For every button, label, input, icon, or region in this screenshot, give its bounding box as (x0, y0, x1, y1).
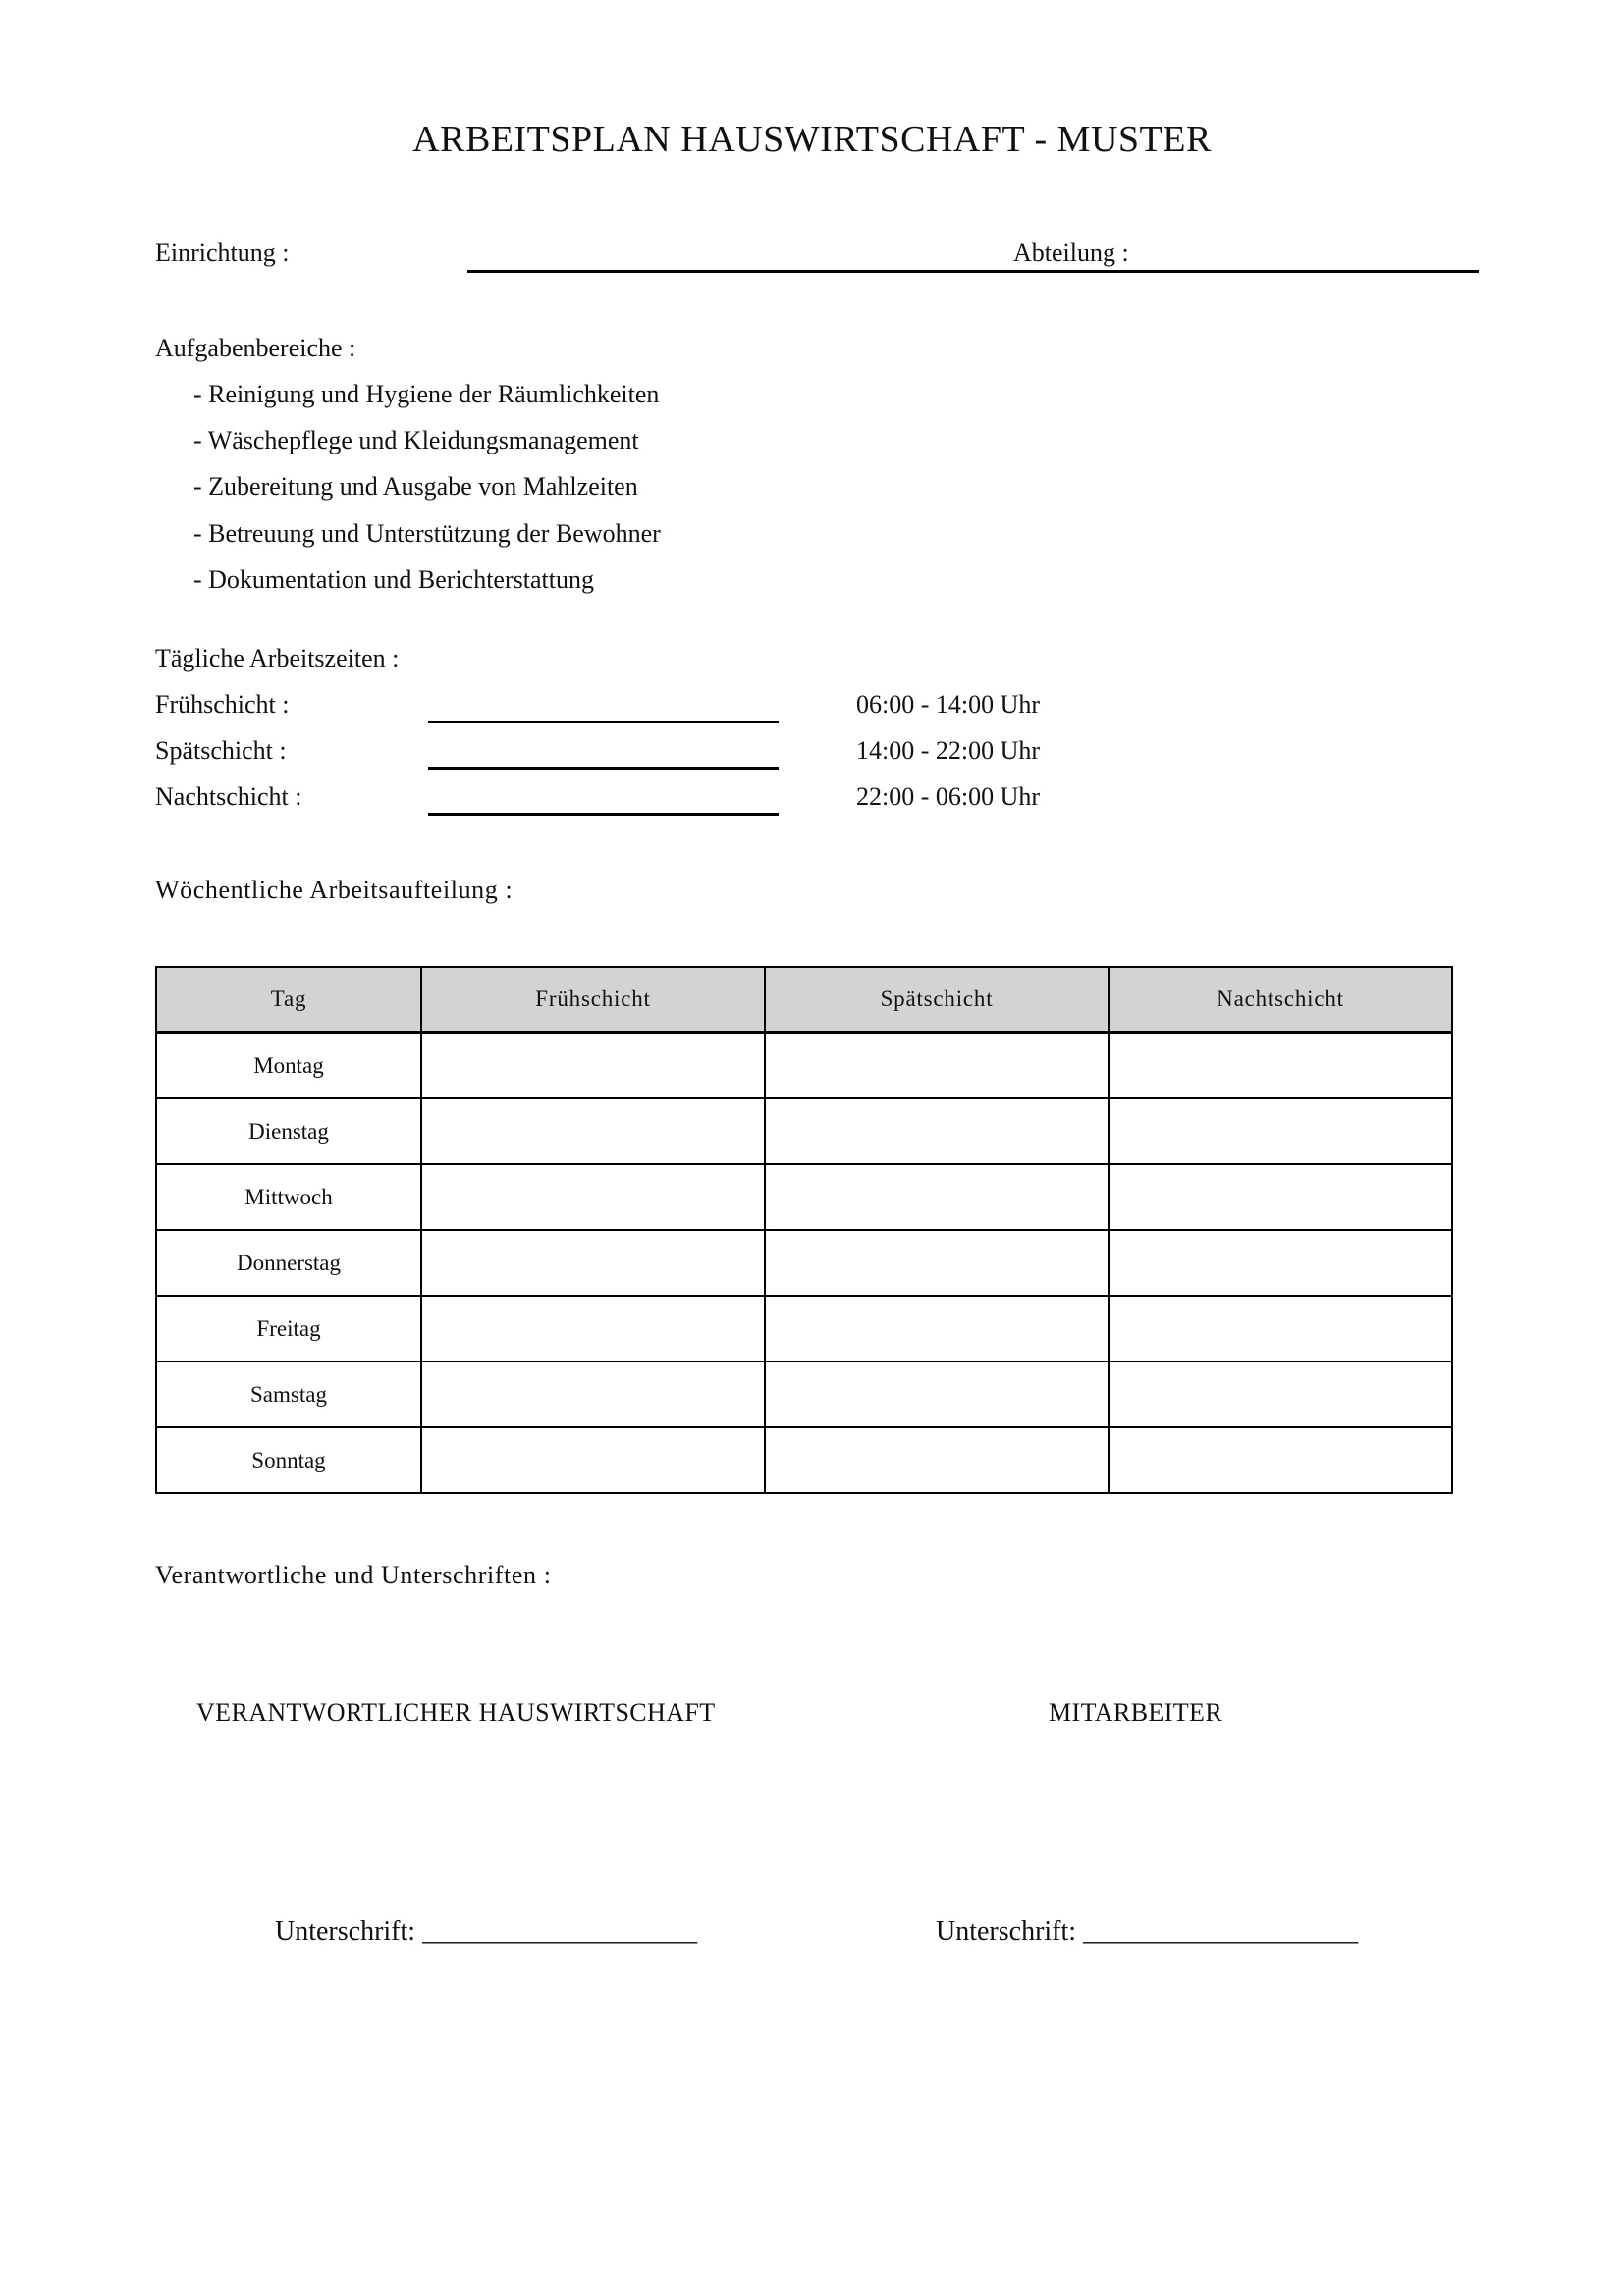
document-title: ARBEITSPLAN HAUSWIRTSCHAFT - MUSTER (0, 118, 1624, 161)
table-row: Mittwoch (156, 1164, 1452, 1230)
shift-time-early: 06:00 - 14:00 Uhr (856, 690, 1040, 720)
early-shift-cell[interactable] (421, 1427, 765, 1493)
day-cell: Dienstag (156, 1098, 421, 1164)
late-shift-cell[interactable] (765, 1164, 1109, 1230)
institution-label: Einrichtung : (155, 239, 289, 268)
shift-label-night: Nachtschicht : (155, 782, 301, 812)
late-shift-cell[interactable] (765, 1427, 1109, 1493)
task-item: - Dokumentation und Berichterstattung (193, 565, 594, 595)
shift-field-early[interactable] (428, 721, 779, 723)
night-shift-cell[interactable] (1109, 1230, 1452, 1296)
early-shift-cell[interactable] (421, 1296, 765, 1362)
task-item: - Reinigung und Hygiene der Räumlichkeit… (193, 380, 659, 409)
late-shift-cell[interactable] (765, 1098, 1109, 1164)
early-shift-cell[interactable] (421, 1164, 765, 1230)
late-shift-cell[interactable] (765, 1296, 1109, 1362)
shift-field-night[interactable] (428, 813, 779, 816)
late-shift-cell[interactable] (765, 1033, 1109, 1099)
institution-field-line[interactable] (467, 270, 1479, 273)
table-row: Donnerstag (156, 1230, 1452, 1296)
late-shift-cell[interactable] (765, 1362, 1109, 1427)
day-cell: Montag (156, 1033, 421, 1099)
shift-label-early: Frühschicht : (155, 690, 290, 720)
task-item: - Wäschepflege und Kleidungsmanagement (193, 426, 639, 455)
department-label: Abteilung : (1013, 239, 1129, 268)
table-row: Dienstag (156, 1098, 1452, 1164)
night-shift-cell[interactable] (1109, 1098, 1452, 1164)
tasks-heading: Aufgabenbereiche : (155, 334, 355, 363)
night-shift-cell[interactable] (1109, 1362, 1452, 1427)
task-item: - Zubereitung und Ausgabe von Mahlzeiten (193, 472, 638, 502)
late-shift-cell[interactable] (765, 1230, 1109, 1296)
shift-label-late: Spätschicht : (155, 736, 287, 766)
night-shift-cell[interactable] (1109, 1033, 1452, 1099)
night-shift-cell[interactable] (1109, 1427, 1452, 1493)
signature-line-manager[interactable]: Unterschrift: ____________________ (275, 1916, 697, 1948)
early-shift-cell[interactable] (421, 1362, 765, 1427)
weekly-schedule-table: Tag Frühschicht Spätschicht Nachtschicht… (155, 966, 1453, 1494)
early-shift-cell[interactable] (421, 1098, 765, 1164)
weekly-heading: Wöchentliche Arbeitsaufteilung : (155, 876, 513, 905)
day-cell: Sonntag (156, 1427, 421, 1493)
day-cell: Donnerstag (156, 1230, 421, 1296)
table-row: Montag (156, 1033, 1452, 1099)
column-header-day: Tag (156, 967, 421, 1033)
column-header-late: Spätschicht (765, 967, 1109, 1033)
day-cell: Samstag (156, 1362, 421, 1427)
night-shift-cell[interactable] (1109, 1164, 1452, 1230)
signature-line-employee[interactable]: Unterschrift: ____________________ (936, 1916, 1358, 1948)
table-header-row: Tag Frühschicht Spätschicht Nachtschicht (156, 967, 1452, 1033)
day-cell: Freitag (156, 1296, 421, 1362)
night-shift-cell[interactable] (1109, 1296, 1452, 1362)
column-header-night: Nachtschicht (1109, 967, 1452, 1033)
daily-hours-heading: Tägliche Arbeitszeiten : (155, 644, 399, 673)
day-cell: Mittwoch (156, 1164, 421, 1230)
shift-field-late[interactable] (428, 767, 779, 770)
role-label-manager: VERANTWORTLICHER HAUSWIRTSCHAFT (196, 1698, 716, 1728)
shift-time-night: 22:00 - 06:00 Uhr (856, 782, 1040, 812)
table-row: Sonntag (156, 1427, 1452, 1493)
signatures-heading: Verantwortliche und Unterschriften : (155, 1561, 552, 1590)
column-header-early: Frühschicht (421, 967, 765, 1033)
table-row: Samstag (156, 1362, 1452, 1427)
early-shift-cell[interactable] (421, 1230, 765, 1296)
shift-time-late: 14:00 - 22:00 Uhr (856, 736, 1040, 766)
early-shift-cell[interactable] (421, 1033, 765, 1099)
task-item: - Betreuung und Unterstützung der Bewohn… (193, 519, 661, 549)
table-row: Freitag (156, 1296, 1452, 1362)
role-label-employee: MITARBEITER (1049, 1698, 1222, 1728)
